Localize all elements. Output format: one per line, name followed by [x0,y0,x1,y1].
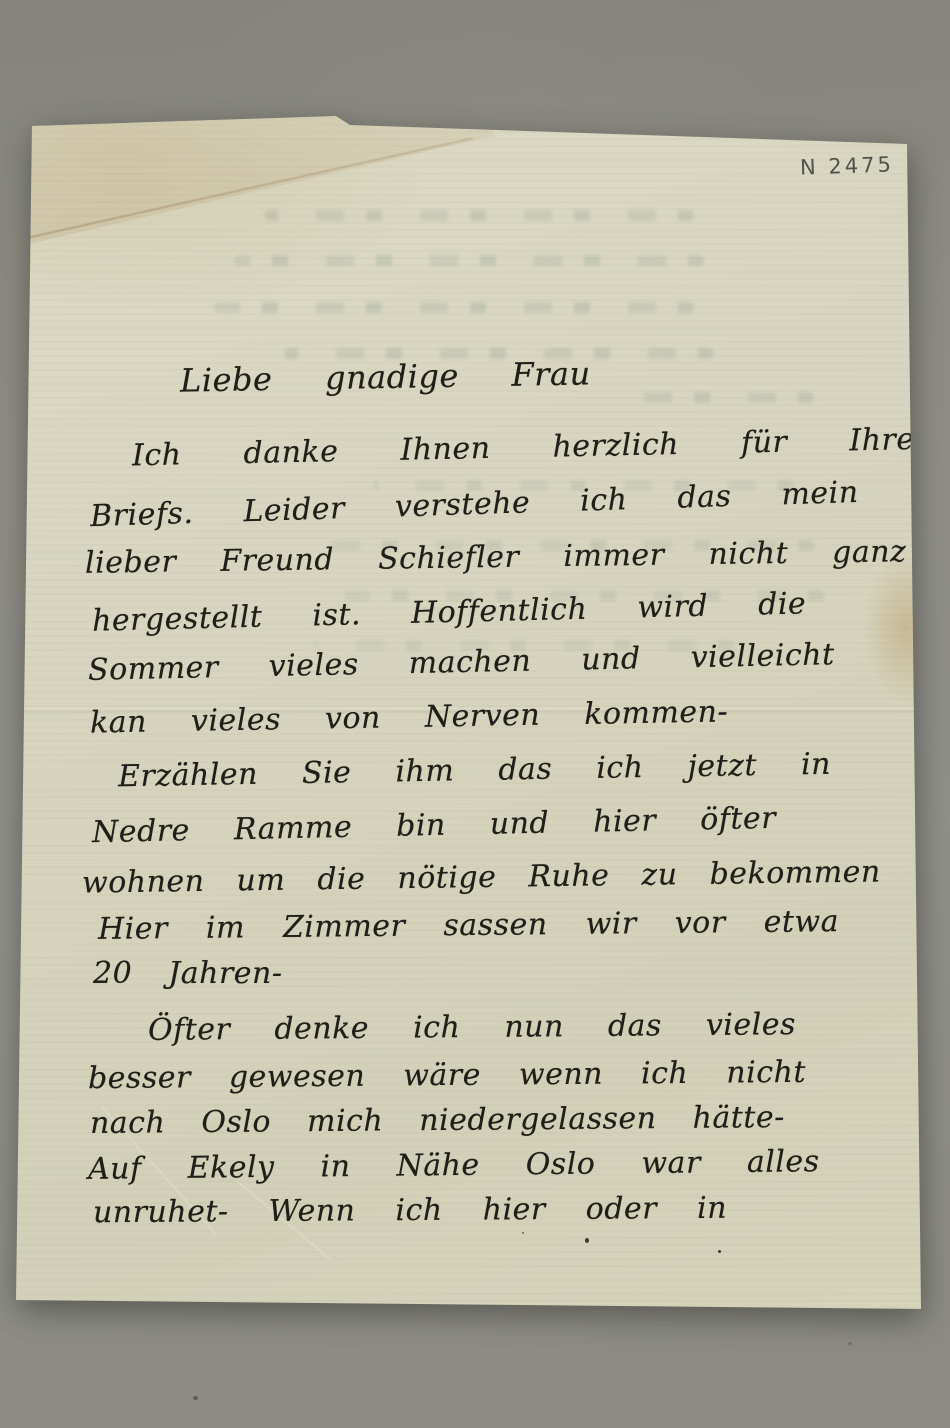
handwritten-line: Nedre Ramme bin und hier öfter [92,801,777,850]
ink-speck [585,1238,589,1243]
ink-bleedthrough [634,392,814,403]
handwritten-line: hergestellt ist. Hoffentlich wird die [92,586,807,638]
handwritten-line: Öfter denke ich nun das vieles [148,1007,796,1048]
handwritten-line: Auf Ekely in Nähe Oslo war alles [88,1144,820,1187]
ink-bleedthrough [264,210,694,221]
handwritten-line: kan vieles von Nerven kommen- [90,694,729,740]
ink-speck [718,1250,721,1253]
letter-sheet: N 2475 Liebe gnadige Frau Ich danke Ihne… [14,110,924,1316]
ink-speck [522,1232,524,1234]
letter-page: N 2475 Liebe gnadige Frau Ich danke Ihne… [14,110,924,1316]
salutation-line: Liebe gnadige Frau [180,354,591,399]
handwritten-line: Erzählen Sie ihm das ich jetzt in [118,747,832,794]
handwritten-line: nach Oslo mich niedergelassen hätte- [90,1100,785,1141]
ink-bleedthrough [214,302,694,313]
photograph-backdrop: N 2475 Liebe gnadige Frau Ich danke Ihne… [0,0,950,1428]
handwritten-line: unruhet- Wenn ich hier oder in [93,1191,727,1230]
handwritten-line: Sommer vieles machen und vielleicht [88,637,835,688]
archival-number: N 2475 [800,152,895,179]
handwritten-line: 20 Jahren- [93,956,283,991]
handwritten-line: lieber Freund Schiefler immer nicht ganz [85,534,907,580]
handwritten-line: wohnen um die nötige Ruhe zu bekommen [82,854,881,900]
handwritten-line: Hier im Zimmer sassen wir vor etwa [98,904,839,947]
handwritten-line: besser gewesen wäre wenn ich nicht [88,1055,806,1096]
handwritten-line: Ich danke Ihnen herzlich für Ihren [132,422,935,474]
ink-bleedthrough [234,255,704,266]
backdrop-speck [848,1342,852,1345]
backdrop-speck [193,1396,198,1400]
